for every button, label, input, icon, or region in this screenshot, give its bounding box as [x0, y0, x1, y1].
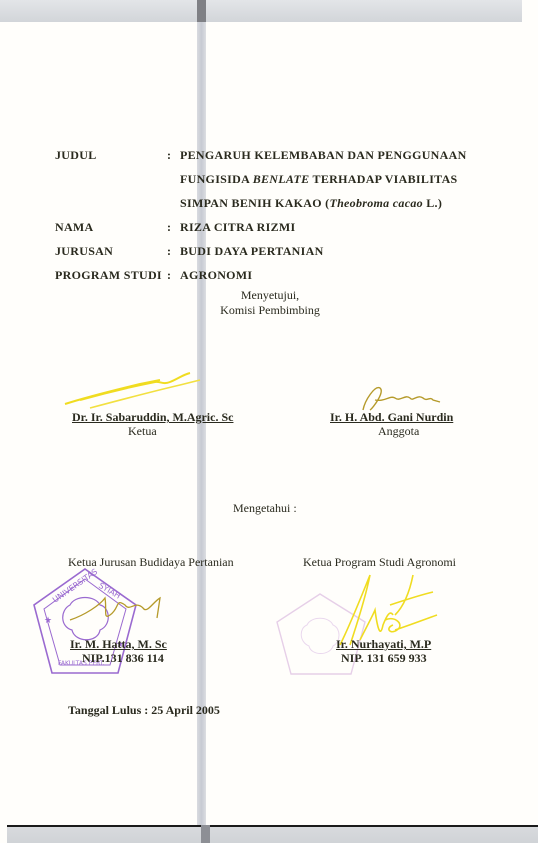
- head-2-name: Ir. Nurhayati, M.P: [336, 637, 431, 652]
- acknowledged-label: Mengetahui :: [233, 501, 297, 516]
- supervisor-2-name: Ir. H. Abd. Gani Nurdin: [330, 410, 453, 425]
- label-judul: JUDUL: [55, 148, 97, 163]
- value-program-studi: AGRONOMI: [180, 268, 252, 283]
- label-nama: NAMA: [55, 220, 94, 235]
- signature-sabaruddin-icon: [60, 360, 210, 410]
- label-program-studi: PROGRAM STUDI: [55, 268, 162, 283]
- scan-top-band: [0, 0, 522, 22]
- approval-line-2: Komisi Pembimbing: [200, 303, 340, 318]
- title-line-1: PENGARUH KELEMBABAN DAN PENGGUNAAN: [180, 148, 467, 163]
- value-nama: RIZA CITRA RIZMI: [180, 220, 296, 235]
- head-2-title: Ketua Program Studi Agronomi: [303, 555, 456, 570]
- approval-line-1: Menyetujui,: [200, 288, 340, 303]
- fold-bottom-dark: [201, 825, 210, 843]
- value-jurusan: BUDI DAYA PERTANIAN: [180, 244, 324, 259]
- title-line-2: FUNGISIDA BENLATE TERHADAP VIABILITAS: [180, 172, 458, 187]
- signature-hatta-icon: [65, 590, 175, 630]
- supervisor-1-role: Ketua: [128, 424, 157, 439]
- fold-top-dark: [197, 0, 206, 22]
- supervisor-1-name: Dr. Ir. Sabaruddin, M.Agric. Sc: [72, 410, 233, 425]
- head-2-nip: NIP. 131 659 933: [341, 651, 427, 666]
- head-1-nip: NIP.131 836 114: [82, 651, 164, 666]
- label-jurusan: JURUSAN: [55, 244, 113, 259]
- colon-nama: :: [167, 220, 171, 235]
- svg-text:★: ★: [44, 615, 52, 625]
- colon-program-studi: :: [167, 268, 171, 283]
- supervisor-2-role: Anggota: [378, 424, 419, 439]
- head-1-name: Ir. M. Hatta, M. Sc: [70, 637, 167, 652]
- graduation-date: Tanggal Lulus : 25 April 2005: [68, 703, 220, 718]
- colon-judul: :: [167, 148, 171, 163]
- title-line-3: SIMPAN BENIH KAKAO (Theobroma cacao L.): [180, 196, 442, 211]
- colon-jurusan: :: [167, 244, 171, 259]
- scan-bottom-band: [7, 825, 538, 843]
